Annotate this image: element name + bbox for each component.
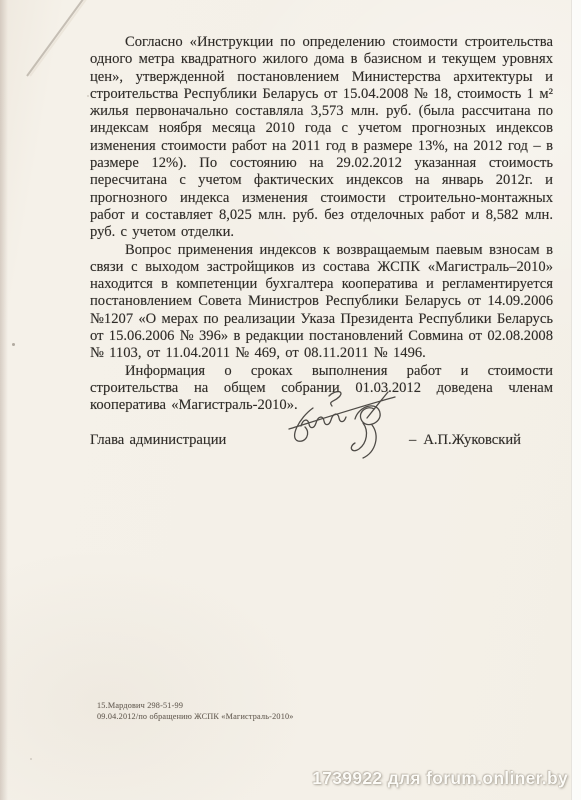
executor-contact: 15.Мардович 298-51-99 [97,701,294,712]
signature-row: Глава администрации –А.П.Жуковский [90,432,553,449]
paragraph-index-regulation: Вопрос применения индексов к возвращаемы… [90,242,553,363]
paragraph-meeting-info: Информация о сроках выполнения работ и с… [90,363,553,415]
scan-edge-right-strip [571,0,581,800]
paragraph-construction-cost: Согласно «Инструкции по определению стои… [90,34,553,242]
signer-name-block: –А.П.Жуковский [409,432,521,449]
executor-reference: 09.04.2012/по обращению ЖСПК «Магистраль… [97,712,294,723]
letter-body: Согласно «Инструкции по определению стои… [90,34,553,449]
scan-noise-speck [30,758,32,760]
signer-title: Глава администрации [90,432,226,449]
scan-edge-left-shadow [0,0,8,800]
scan-noise-speck [87,95,89,97]
signer-name: А.П.Жуковский [423,432,521,448]
scan-noise-speck [12,343,15,346]
executor-note: 15.Мардович 298-51-99 09.04.2012/по обра… [97,701,294,722]
scanned-letter-page: Согласно «Инструкции по определению стои… [0,0,581,800]
signature-dash: – [409,432,416,448]
watermark-text: 1739922 для forum.onliner.by [312,768,568,789]
